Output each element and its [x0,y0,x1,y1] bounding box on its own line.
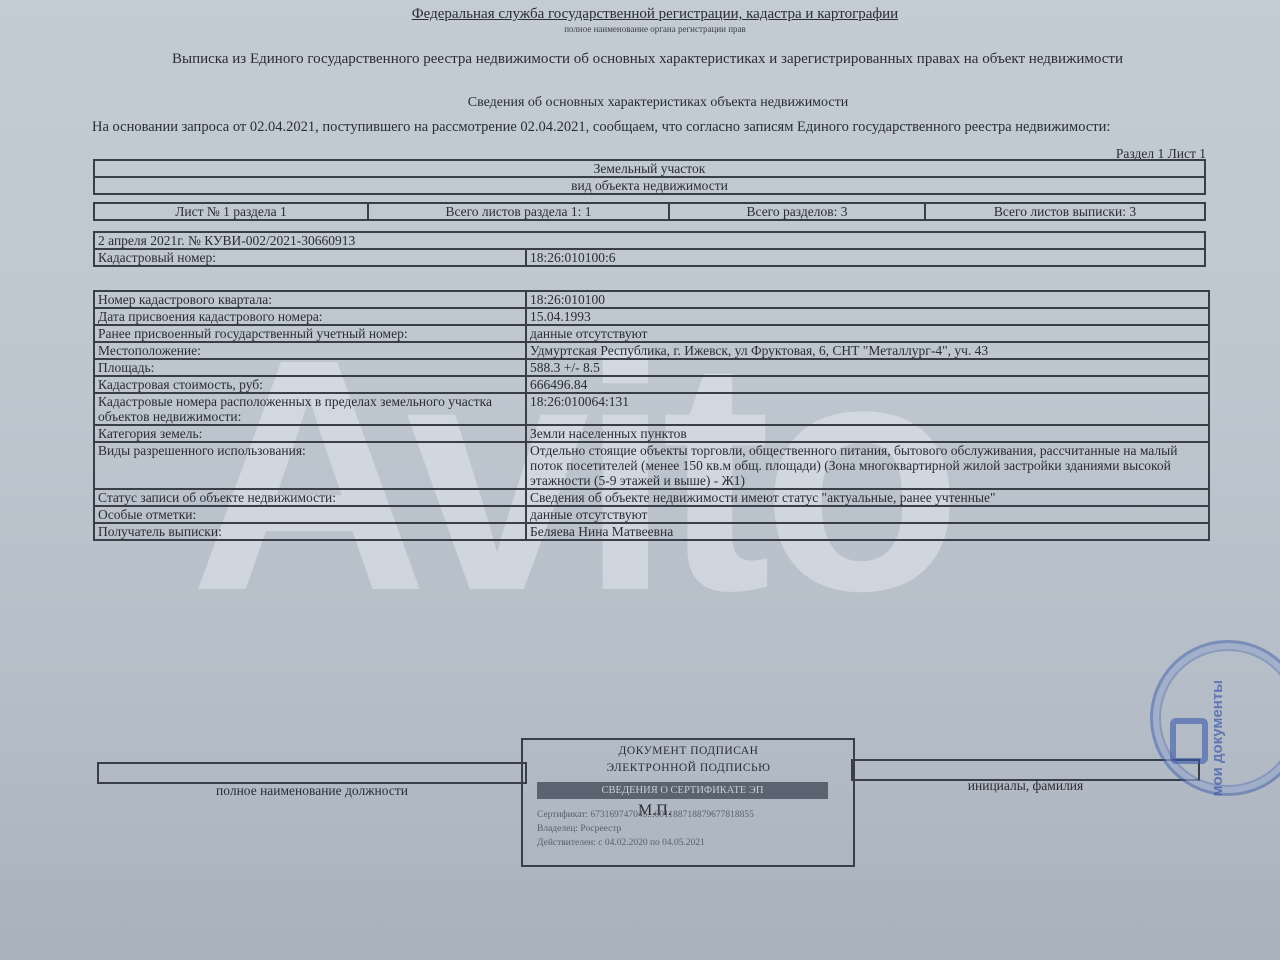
table-row: Категория земель:Земли населенных пункто… [94,425,1209,442]
object-type-caption: вид объекта недвижимости [94,177,1205,194]
cadastral-number-value: 18:26:010100:6 [526,249,1205,266]
row-label: Площадь: [94,359,526,376]
row-value: Сведения об объекте недвижимости имеют с… [526,489,1209,506]
agency-name: Федеральная служба государственной регис… [0,6,1280,23]
section-sheets-total: Всего листов раздела 1: 1 [368,203,669,220]
section-title: Сведения об основных характеристиках объ… [0,95,1280,111]
table-row: Дата присвоения кадастрового номера:15.0… [94,308,1209,325]
certificate-number: Сертификат: 673169747045...6011887188796… [537,810,754,820]
row-label: Категория земель: [94,425,526,442]
row-value: 588.3 +/- 8.5 [526,359,1209,376]
row-value: Отдельно стоящие объекты торговли, общес… [526,442,1209,489]
row-value: 18:26:010100 [526,291,1209,308]
moi-dokumenty-logo-icon [1170,718,1208,764]
row-label: Номер кадастрового квартала: [94,291,526,308]
table-row: Номер кадастрового квартала:18:26:010100 [94,291,1209,308]
row-value: Удмуртская Республика, г. Ижевск, ул Фру… [526,342,1209,359]
table-row: Кадастровая стоимость, руб:666496.84 [94,376,1209,393]
request-basis: На основании запроса от 02.04.2021, пост… [92,119,1110,136]
row-value: данные отсутствуют [526,325,1209,342]
row-label: Местоположение: [94,342,526,359]
table-row: Особые отметки:данные отсутствуют [94,506,1209,523]
extract-title: Выписка из Единого государственного реес… [172,51,1123,68]
table-row: Площадь:588.3 +/- 8.5 [94,359,1209,376]
row-label: Особые отметки: [94,506,526,523]
characteristics-table: Номер кадастрового квартала:18:26:010100… [93,290,1210,541]
row-label: Кадастровая стоимость, руб: [94,376,526,393]
cadastral-number-label: Кадастровый номер: [94,249,526,266]
row-label: Виды разрешенного использования: [94,442,526,489]
signed-line-1: ДОКУМЕНТ ПОДПИСАН [521,745,856,757]
table-row: Получатель выписки:Беляева Нина Матвеевн… [94,523,1209,540]
table-row: Ранее присвоенный государственный учетны… [94,325,1209,342]
row-label: Ранее присвоенный государственный учетны… [94,325,526,342]
table-row: Статус записи об объекте недвижимости:Св… [94,489,1209,506]
row-value: Земли населенных пунктов [526,425,1209,442]
signed-line-2: ЭЛЕКТРОННОЙ ПОДПИСЬЮ [521,762,856,774]
row-label: Кадастровые номера расположенных в преде… [94,393,526,425]
table-row: Кадастровые номера расположенных в преде… [94,393,1209,425]
extract-sheets-total: Всего листов выписки: 3 [925,203,1205,220]
registration-table: 2 апреля 2021г. № КУВИ-002/2021-30660913… [93,231,1206,267]
registration-date-number: 2 апреля 2021г. № КУВИ-002/2021-30660913 [94,232,1205,249]
sheets-table: Лист № 1 раздела 1 Всего листов раздела … [93,202,1206,221]
certificate-validity: Действителен: с 04.02.2020 по 04.05.2021 [537,838,705,848]
row-label: Получатель выписки: [94,523,526,540]
position-field [97,762,527,784]
row-value: Беляева Нина Матвеевна [526,523,1209,540]
row-label: Статус записи об объекте недвижимости: [94,489,526,506]
stamp-brand: мои документы [1210,680,1226,796]
sections-total: Всего разделов: 3 [669,203,925,220]
row-value: 666496.84 [526,376,1209,393]
certificate-owner: Владелец: Росреестр [537,824,621,834]
table-row: Местоположение:Удмуртская Республика, г.… [94,342,1209,359]
certificate-header: СВЕДЕНИЯ О СЕРТИФИКАТЕ ЭП [537,782,828,799]
position-caption: полное наименование должности [97,783,527,799]
row-value: 18:26:010064:131 [526,393,1209,425]
agency-caption: полное наименование органа регистрации п… [0,24,1280,34]
row-value: данные отсутствуют [526,506,1209,523]
initials-caption: инициалы, фамилия [851,778,1200,794]
row-label: Дата присвоения кадастрового номера: [94,308,526,325]
object-type-table: Земельный участок вид объекта недвижимос… [93,159,1206,195]
object-type-value: Земельный участок [94,160,1205,177]
row-value: 15.04.1993 [526,308,1209,325]
sheet-number: Лист № 1 раздела 1 [94,203,368,220]
table-row: Виды разрешенного использования:Отдельно… [94,442,1209,489]
